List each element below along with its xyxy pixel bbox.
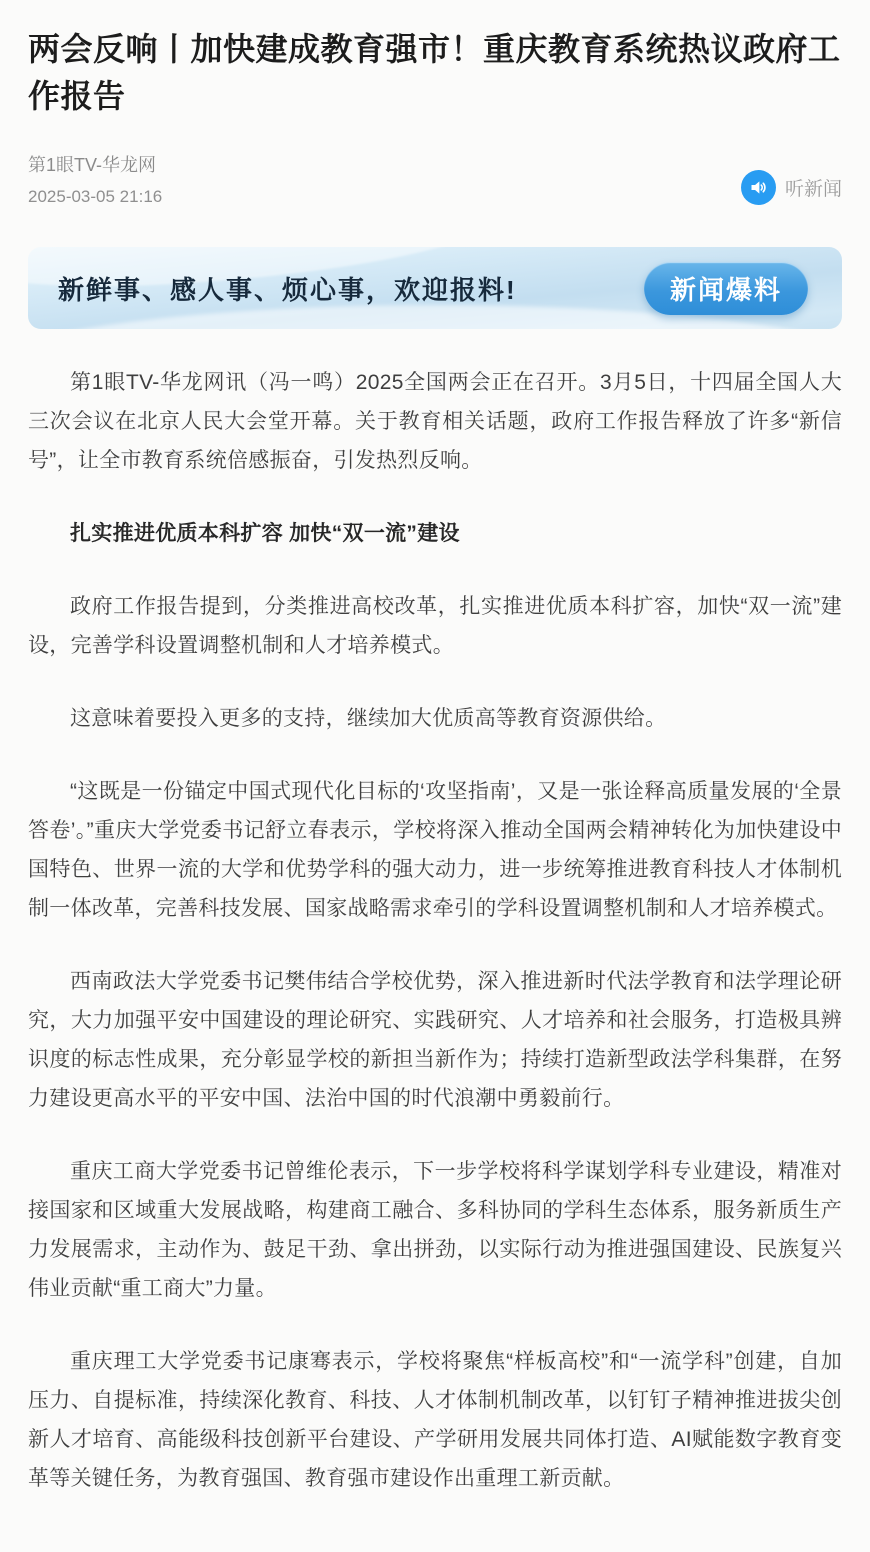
- news-tip-banner[interactable]: 新鲜事、感人事、烦心事，欢迎报料! 新闻爆料: [28, 247, 842, 329]
- article-paragraph: 西南政法大学党委书记樊伟结合学校优势，深入推进新时代法学教育和法学理论研究，大力…: [28, 962, 842, 1118]
- publish-time: 2025-03-05 21:16: [28, 186, 162, 207]
- article-meta: 第1眼TV-华龙网 2025-03-05 21:16 听新闻: [28, 154, 842, 207]
- news-report-button[interactable]: 新闻爆料: [644, 262, 808, 315]
- banner-slogan: 新鲜事、感人事、烦心事，欢迎报料!: [58, 270, 517, 307]
- listen-news-label: 听新闻: [785, 174, 842, 201]
- article-paragraph: “这既是一份锚定中国式现代化目标的‘攻坚指南’，又是一张诠释高质量发展的‘全景答…: [28, 772, 842, 928]
- article-paragraph: 第1眼TV-华龙网讯（冯一鸣）2025全国两会正在召开。3月5日，十四届全国人大…: [28, 363, 842, 480]
- article-paragraph: 政府工作报告提到，分类推进高校改革，扎实推进优质本科扩容，加快“双一流”建设，完…: [28, 587, 842, 665]
- article-paragraph: 重庆工商大学党委书记曾维伦表示，下一步学校将科学谋划学科专业建设，精准对接国家和…: [28, 1152, 842, 1308]
- article-paragraph: 这意味着要投入更多的支持，继续加大优质高等教育资源供给。: [28, 699, 842, 738]
- source-name: 第1眼TV-华龙网: [28, 154, 162, 176]
- speaker-icon: [741, 170, 776, 205]
- meta-left: 第1眼TV-华龙网 2025-03-05 21:16: [28, 154, 162, 207]
- article-paragraph: 重庆理工大学党委书记康骞表示，学校将聚焦“样板高校”和“一流学科”创建，自加压力…: [28, 1342, 842, 1498]
- article-body: 第1眼TV-华龙网讯（冯一鸣）2025全国两会正在召开。3月5日，十四届全国人大…: [28, 363, 842, 1498]
- page-title: 两会反响丨加快建成教育强市！重庆教育系统热议政府工作报告: [28, 0, 842, 120]
- listen-news-button[interactable]: 听新闻: [741, 170, 842, 207]
- article-subheading: 扎实推进优质本科扩容 加快“双一流”建设: [28, 514, 842, 553]
- article-page: 两会反响丨加快建成教育强市！重庆教育系统热议政府工作报告 第1眼TV-华龙网 2…: [0, 0, 870, 1552]
